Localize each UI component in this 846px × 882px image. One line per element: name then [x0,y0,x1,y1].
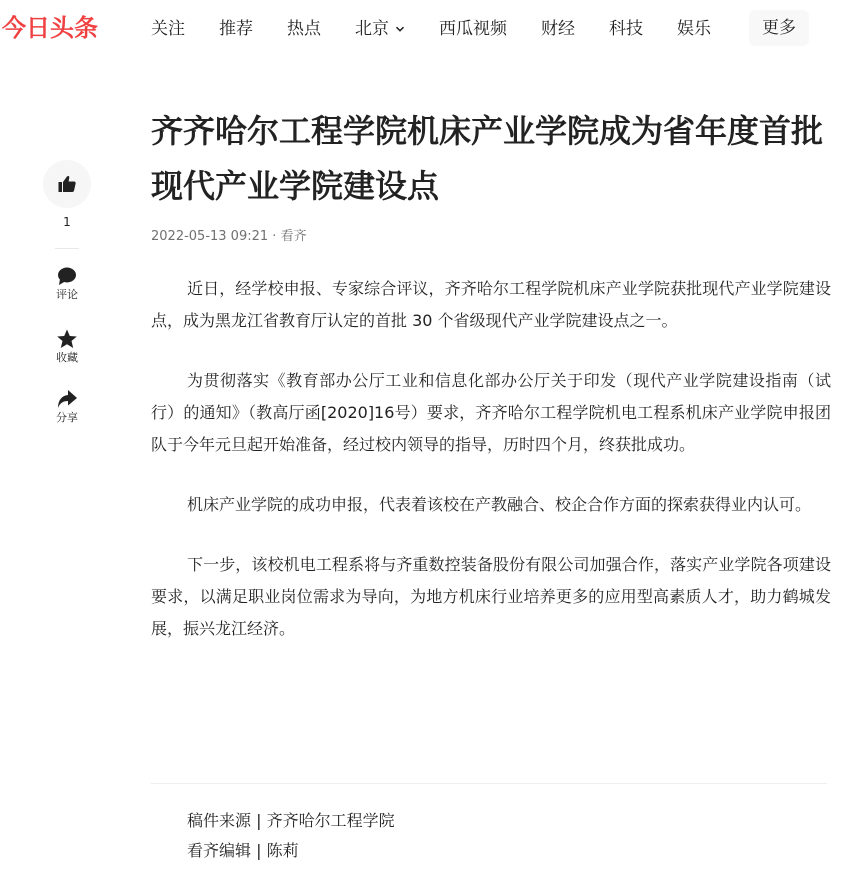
top-header: 今日头条 关注 推荐 热点 北京 西瓜视频 财经 科技 娱乐 更多 [0,0,846,58]
article-source[interactable]: 看齐 [281,229,307,244]
article-paragraph: 机床产业学院的成功申报，代表着该校在产教融合、校企合作方面的探索获得业内认可。 [151,489,831,521]
star-icon [56,328,78,350]
article: 齐齐哈尔工程学院机床产业学院成为省年度首批现代产业学院建设点 2022-05-1… [151,104,831,673]
like-count: 1 [38,215,96,229]
chevron-down-icon [395,24,405,34]
nav-item-entertainment[interactable]: 娱乐 [677,12,711,46]
article-paragraph: 为贯彻落实《教育部办公厅工业和信息化部办公厅关于印发（现代产业学院建设指南（试行… [151,365,831,461]
publish-time: 2022-05-13 09:21 [151,229,268,244]
article-title: 齐齐哈尔工程学院机床产业学院成为省年度首批现代产业学院建设点 [151,104,831,214]
article-body: 近日，经学校申报、专家综合评议，齐齐哈尔工程学院机床产业学院获批现代产业学院建设… [151,273,831,645]
nav-label: 热点 [287,12,321,46]
favorite-label: 收藏 [38,351,96,365]
sidebar-divider [55,248,79,249]
comment-icon [56,265,78,287]
comment-button[interactable]: 评论 [38,265,96,302]
comment-label: 评论 [38,288,96,302]
credits-divider [151,783,827,784]
nav-item-recommend[interactable]: 推荐 [219,12,253,46]
nav-label: 科技 [609,12,643,46]
credit-source: 稿件来源 | 齐齐哈尔工程学院 [187,806,395,836]
like-button[interactable] [43,160,91,208]
share-button[interactable]: 分享 [38,388,96,425]
nav-label: 财经 [541,12,575,46]
nav-label: 关注 [151,12,185,46]
nav-label: 西瓜视频 [439,12,507,46]
credit-editor: 看齐编辑 | 陈莉 [187,836,395,866]
meta-separator: · [268,229,280,244]
toutiao-logo[interactable]: 今日头条 [2,12,98,44]
article-credits: 稿件来源 | 齐齐哈尔工程学院 看齐编辑 | 陈莉 [187,806,395,866]
share-icon [56,388,78,410]
more-button[interactable]: 更多 [749,10,809,46]
nav-item-beijing[interactable]: 北京 [355,12,405,46]
nav-label: 娱乐 [677,12,711,46]
nav-item-finance[interactable]: 财经 [541,12,575,46]
nav-item-xigua-video[interactable]: 西瓜视频 [439,12,507,46]
nav-item-follow[interactable]: 关注 [151,12,185,46]
article-paragraph: 下一步，该校机电工程系将与齐重数控装备股份有限公司加强合作，落实产业学院各项建设… [151,549,831,645]
thumbs-up-icon [57,174,77,194]
share-label: 分享 [38,411,96,425]
nav-item-hot[interactable]: 热点 [287,12,321,46]
nav-label: 北京 [355,12,389,46]
channel-nav: 关注 推荐 热点 北京 西瓜视频 财经 科技 娱乐 [151,12,745,46]
nav-item-tech[interactable]: 科技 [609,12,643,46]
nav-label: 推荐 [219,12,253,46]
favorite-button[interactable]: 收藏 [38,328,96,365]
article-meta: 2022-05-13 09:21 · 看齐 [151,227,831,247]
article-paragraph: 近日，经学校申报、专家综合评议，齐齐哈尔工程学院机床产业学院获批现代产业学院建设… [151,273,831,337]
